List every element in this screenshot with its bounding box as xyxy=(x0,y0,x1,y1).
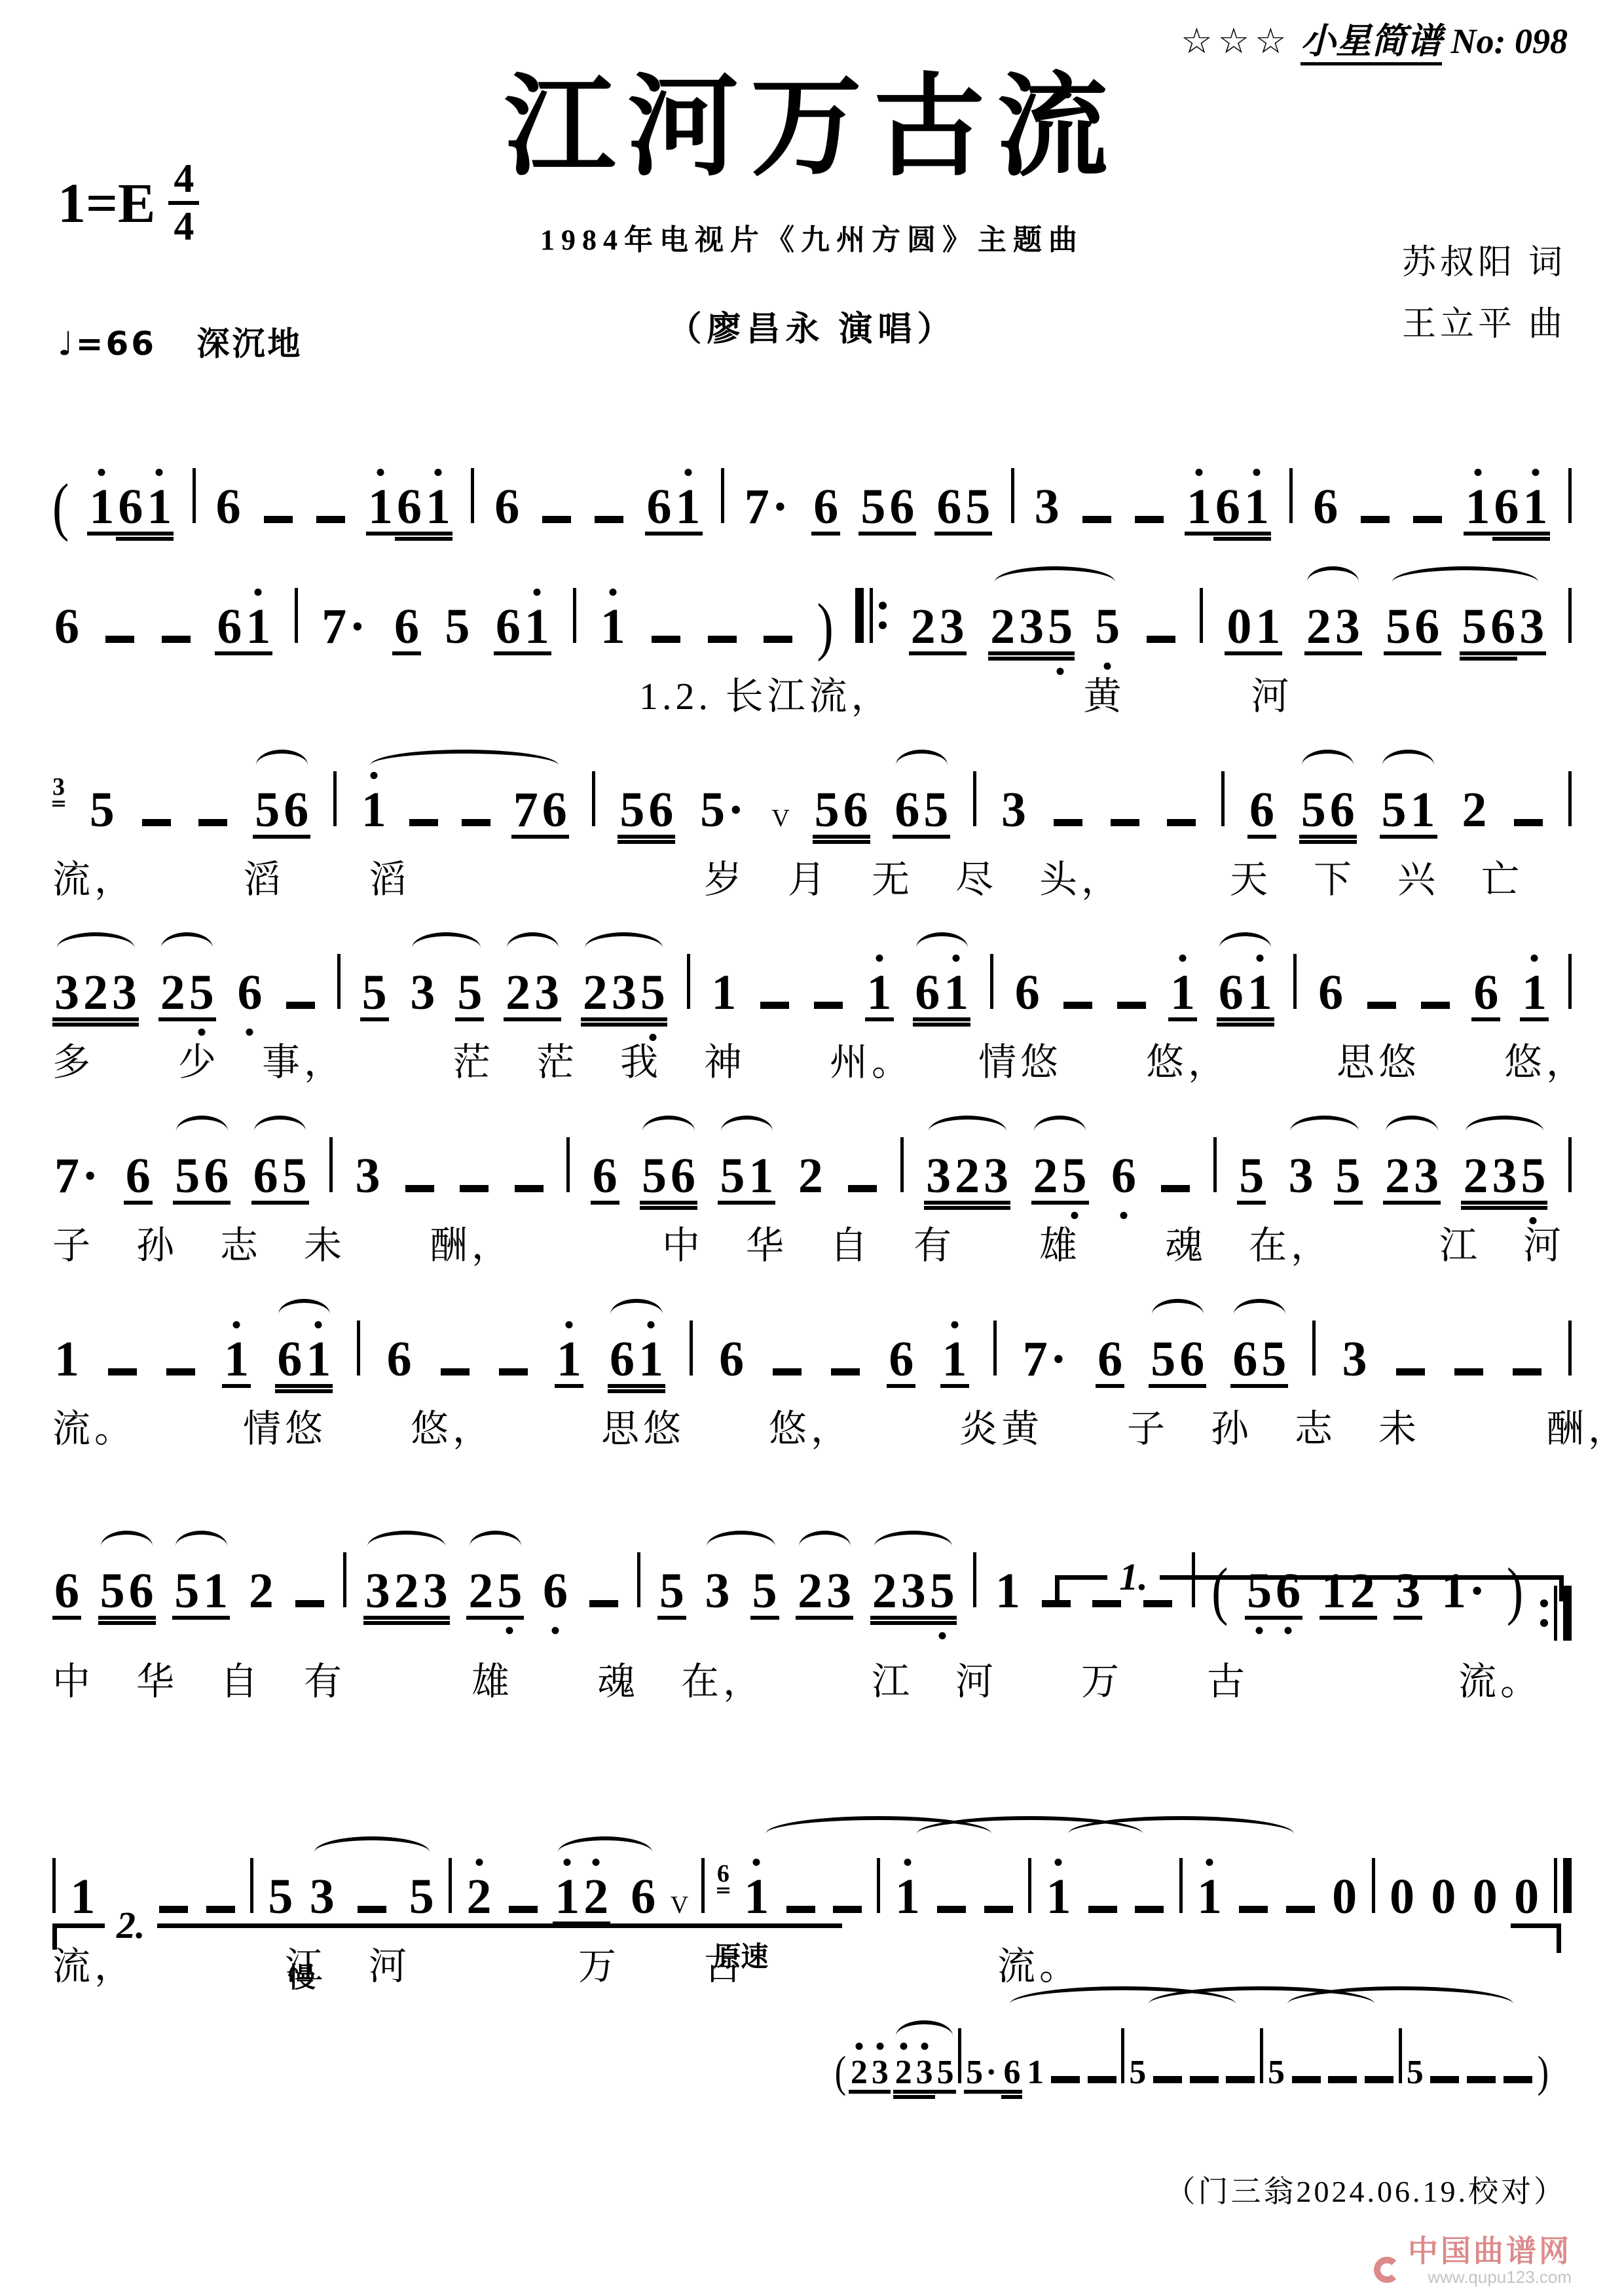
duration-dash xyxy=(1454,1368,1483,1376)
lyrics-row: 1.2. 长江流， 黄 河 xyxy=(52,675,1572,719)
note-group: 1 xyxy=(1520,968,1549,1021)
notation-row: 6617·65611)232355012356563 xyxy=(52,588,1572,655)
barline xyxy=(1312,1321,1316,1376)
series-no: No: 098 xyxy=(1451,22,1568,61)
note-group: 2 xyxy=(247,1566,276,1616)
barline xyxy=(471,468,474,523)
duration-dash xyxy=(589,1600,618,1607)
duration-dash xyxy=(1513,1368,1541,1376)
barline xyxy=(690,1321,693,1376)
slur-group: 35 xyxy=(308,1872,436,1922)
note-group: 161 xyxy=(1464,482,1550,536)
note-group: 5 xyxy=(1405,2056,1426,2090)
note-group: 1 xyxy=(1025,2056,1046,2090)
slur-group: 323 xyxy=(52,968,139,1021)
note-group: 5 xyxy=(407,1872,436,1922)
final-barline xyxy=(1554,1858,1572,1913)
key: 1=E xyxy=(58,170,155,236)
duration-dash xyxy=(786,1906,815,1913)
note-group: 61 xyxy=(494,602,551,655)
duration-dash xyxy=(595,516,623,523)
barline xyxy=(1568,1321,1572,1376)
sheet-music-page: ☆☆☆ 小星简谱 No: 098 江河万古流 1984年电视片《九州方圆》主题曲… xyxy=(0,0,1624,2296)
note-group: 1 xyxy=(893,1872,922,1922)
note-group: 5 xyxy=(1334,1151,1363,1205)
duration-dash xyxy=(1328,2076,1357,2083)
note-group: 6 xyxy=(1096,1334,1124,1388)
note-group: 1 xyxy=(993,1566,1022,1616)
barline xyxy=(1200,588,1203,643)
duration-dash xyxy=(1292,2076,1321,2083)
note-group: 6 xyxy=(541,1566,570,1616)
slur-group: 25 xyxy=(1031,1151,1089,1205)
series-name: 小星简谱 xyxy=(1301,22,1442,65)
note-group: 6 xyxy=(392,602,421,655)
note-group: 0 xyxy=(1429,1872,1458,1922)
duration-dash xyxy=(708,636,737,643)
song-subtitle: 1984年电视片《九州方圆》主题曲 xyxy=(52,216,1572,258)
slur-group: 56563 xyxy=(1384,602,1546,655)
barline xyxy=(329,1137,333,1192)
note-group: 56 xyxy=(173,1151,231,1205)
duration-dash xyxy=(1226,2076,1255,2083)
note-group: 5 xyxy=(1127,2056,1148,2090)
notation-row: 3556176565·V56653656512 xyxy=(52,771,1572,839)
duration-dash xyxy=(1117,1002,1146,1009)
note-group: 6 xyxy=(811,482,840,536)
note-group: 1 xyxy=(555,1334,583,1388)
note-group: 5 xyxy=(443,602,471,651)
slur-group: 61 xyxy=(275,1334,333,1388)
barline-tie xyxy=(1179,1858,1183,1913)
barline xyxy=(250,1858,253,1913)
slur-group: 35 xyxy=(1287,1151,1363,1205)
duration-dash xyxy=(108,1368,137,1376)
note-group: 1 xyxy=(52,1334,81,1384)
note-group: 235 xyxy=(1461,1151,1547,1205)
barline xyxy=(721,468,724,523)
duration-dash xyxy=(1088,2076,1116,2083)
note-group: 61 xyxy=(645,482,703,536)
note-group: 5·6 xyxy=(964,2056,1022,2094)
duration-dash xyxy=(1413,516,1442,523)
duration-dash xyxy=(105,636,134,643)
duration-dash xyxy=(1147,636,1175,643)
duration-dash xyxy=(358,1906,386,1913)
watermark-url: www.qupu123.com xyxy=(1428,2268,1572,2287)
score-line: 2.慢原速(232355·61555)15352126V6111100000流，… xyxy=(52,1858,1572,1989)
duration-dash xyxy=(1190,2076,1219,2083)
note-group: 0 xyxy=(1330,1872,1359,1922)
slur-group: 23 xyxy=(504,968,561,1021)
note-group: 56 xyxy=(1245,1566,1302,1620)
slur-group: 51 xyxy=(718,1151,775,1205)
note-group: 5 xyxy=(455,968,484,1021)
notation-row: 7·65665365651232325653523235 xyxy=(52,1137,1572,1205)
note-group: 6 xyxy=(1109,1151,1138,1201)
paren: ) xyxy=(1538,2050,1549,2095)
score-line: (16161616617·6566531616161 xyxy=(52,468,1572,536)
duration-dash xyxy=(1051,2076,1080,2083)
note-group: 61 xyxy=(215,602,272,655)
watermark: 中国曲谱网 www.qupu123.com xyxy=(1374,2235,1572,2287)
score-line: 116161616617·656653流。 情悠 悠， 思悠 悠， 炎黄 子 孙… xyxy=(52,1321,1572,1451)
slur-group: 61 xyxy=(608,1334,665,1388)
slur-group: 176 xyxy=(360,785,569,839)
duration-dash xyxy=(542,516,571,523)
note-group: 3 xyxy=(408,968,437,1017)
score-line: 3556176565·V56653656512流， 滔 滔 岁 月 无 尽 头，… xyxy=(52,771,1572,902)
note-group: 0 xyxy=(1388,1872,1416,1922)
note-group: 56 xyxy=(1299,785,1357,839)
duration-dash xyxy=(848,1185,877,1192)
note-group: 7· xyxy=(320,602,370,651)
note-group: 23 xyxy=(1383,1151,1441,1205)
lyrics-row: 中 华 自 有 雄 魂 在， 江 河 万 古 流。 xyxy=(52,1660,1572,1704)
note-group: 0 xyxy=(1512,1872,1541,1922)
notation-row: 15352126V6111100000 xyxy=(52,1858,1572,1925)
lyricist: 苏叔阳 词 xyxy=(1402,232,1566,294)
note-group: 56 xyxy=(813,785,870,839)
note-group: 6 xyxy=(214,482,243,532)
grace-note: 3 xyxy=(52,774,65,807)
note-group: 235 xyxy=(988,602,1075,655)
header: ☆☆☆ 小星简谱 No: 098 江河万古流 1984年电视片《九州方圆》主题曲… xyxy=(52,0,1572,432)
duration-dash xyxy=(286,1002,315,1009)
repeat-start xyxy=(855,588,887,643)
site-logo-icon xyxy=(1374,2257,1400,2283)
note-group: 56 xyxy=(640,1151,697,1205)
note-group: 6 xyxy=(1316,968,1345,1017)
duration-dash xyxy=(1396,1368,1425,1376)
duration-dash xyxy=(509,1906,538,1913)
duration-dash xyxy=(1167,819,1196,826)
barline xyxy=(1568,1137,1572,1192)
credits: 苏叔阳 词 王立平 曲 xyxy=(1402,232,1566,355)
duration-dash xyxy=(1430,2076,1459,2083)
slur-group: 65 xyxy=(893,785,950,839)
note-group: 3 xyxy=(308,1872,337,1922)
slur-group: 235 xyxy=(1461,1151,1547,1205)
duration-dash xyxy=(295,1600,324,1607)
note-group: 56 xyxy=(1384,602,1441,655)
barline xyxy=(193,468,196,523)
paren: ( xyxy=(835,2050,846,2095)
slur-group: 23 xyxy=(1383,1151,1441,1205)
note-group: 3 xyxy=(1393,1566,1422,1620)
duration-dash xyxy=(1361,516,1390,523)
note-group: 65 xyxy=(251,1151,309,1205)
slur-group: 25 xyxy=(158,968,216,1021)
barline xyxy=(990,954,993,1009)
note-group: 3 xyxy=(999,785,1028,835)
barline-tie xyxy=(1399,2028,1402,2083)
duration-dash xyxy=(198,819,227,826)
meter-numerator: 4 xyxy=(174,157,194,201)
note-group: 161 xyxy=(1185,482,1271,536)
barline xyxy=(337,954,341,1009)
barline xyxy=(900,1137,904,1192)
duration-dash xyxy=(460,1185,489,1192)
score-line: 6617·65611)232355012356563 1.2. 长江流， 黄 河 xyxy=(52,588,1572,719)
note-group: 1 xyxy=(599,602,627,651)
note-group: 2 xyxy=(1460,785,1488,835)
note-group: 7· xyxy=(743,482,793,532)
duration-dash xyxy=(1082,516,1111,523)
slur-group: 56 xyxy=(98,1566,156,1620)
breath-mark: V xyxy=(671,1893,688,1918)
slur-group: 126 xyxy=(553,1872,657,1925)
duration-dash xyxy=(1153,2076,1182,2083)
note-group: 6 xyxy=(52,602,81,651)
note-group: 1 xyxy=(1168,968,1197,1021)
note-group: 2 xyxy=(465,1872,494,1922)
barline xyxy=(357,1321,360,1376)
note-group: 3 xyxy=(353,1151,382,1201)
note-group: 6 xyxy=(717,1334,746,1384)
note-group: 56 xyxy=(253,785,310,839)
barline xyxy=(1289,468,1293,523)
volta-label: 2. xyxy=(105,1903,157,1947)
lyrics-row: 流。 情悠 悠， 思悠 悠， 炎黄 子 孙 志 未 酬， xyxy=(52,1408,1572,1451)
note-group: 2 xyxy=(796,1151,825,1201)
duration-dash xyxy=(652,636,680,643)
duration-dash xyxy=(405,1185,434,1192)
note-group: 6 xyxy=(1013,968,1042,1017)
barline xyxy=(1192,1552,1195,1607)
composer: 王立平 曲 xyxy=(1402,294,1566,355)
duration-dash xyxy=(1111,819,1139,826)
note-group: 61 xyxy=(913,968,970,1021)
duration-dash xyxy=(1514,819,1543,826)
note-group: 563 xyxy=(1460,602,1546,655)
slur-group: 23 xyxy=(1304,602,1362,655)
duration-dash xyxy=(1421,1002,1450,1009)
duration-dash xyxy=(1161,1185,1190,1192)
duration-dash xyxy=(764,636,792,643)
barline xyxy=(592,771,595,826)
barline xyxy=(687,954,690,1009)
watermark-site: 中国曲谱网 xyxy=(1408,2235,1572,2269)
note-group: 56 xyxy=(858,482,916,536)
note-group: 161 xyxy=(87,482,174,536)
note-group: 23 xyxy=(849,2056,891,2094)
barline xyxy=(973,771,976,826)
note-group: 6 xyxy=(492,482,521,532)
note-group: 51 xyxy=(1380,785,1437,839)
note-group: 3 xyxy=(703,1566,732,1616)
song-title: 江河万古流 xyxy=(52,72,1572,183)
slur-group: 2355 xyxy=(988,602,1122,655)
duration-dash xyxy=(264,516,293,523)
note-group: 1 xyxy=(742,1872,771,1922)
note-group: 76 xyxy=(511,785,569,839)
duration-dash xyxy=(1063,1002,1092,1009)
barline xyxy=(637,1552,640,1607)
paren: ( xyxy=(52,475,69,539)
note-group: 61 xyxy=(608,1334,665,1388)
note-group: 6 xyxy=(887,1334,915,1388)
notation-row: (16161616617·6566531616161 xyxy=(52,468,1572,536)
duration-dash xyxy=(760,1002,789,1009)
barline xyxy=(1293,954,1297,1009)
lyrics-row: 多 少 事， 茫 茫 我 神 州。 情悠 悠， 思悠 悠， 炎黄 xyxy=(52,1041,1572,1085)
barline xyxy=(1011,468,1014,523)
slur-group: 323 xyxy=(363,1566,450,1620)
note-group: 3 xyxy=(1033,482,1061,532)
note-group: 1 xyxy=(1044,1872,1073,1922)
duration-dash xyxy=(814,1002,843,1009)
note-group: 51 xyxy=(718,1151,775,1205)
slur-group: 35 xyxy=(408,968,484,1021)
slur-group: 56 xyxy=(253,785,310,839)
note-group: 5 xyxy=(1093,602,1122,651)
key-signature: 1=E 4 4 xyxy=(58,157,199,249)
duration-dash xyxy=(831,1368,860,1376)
slur-group: 235 xyxy=(870,1566,957,1620)
paren: ( xyxy=(1211,1559,1228,1624)
barline-tie xyxy=(1028,1858,1031,1913)
barline xyxy=(333,771,337,826)
note-group: 161 xyxy=(366,482,452,536)
slur-group: 51 xyxy=(1380,785,1437,839)
barline xyxy=(1568,468,1572,523)
note-group: 6 xyxy=(1247,785,1276,839)
note-group: 235 xyxy=(893,2056,956,2094)
duration-dash xyxy=(166,1368,195,1376)
note-group: 235 xyxy=(581,968,667,1021)
note-group: 0 xyxy=(1471,1872,1500,1922)
note-group: 61 xyxy=(1217,968,1274,1021)
tempo-marking: ♩=66 深沉地 xyxy=(58,318,303,365)
duration-dash xyxy=(1504,2076,1532,2083)
note-group: 5 xyxy=(750,1566,779,1620)
notation-row: 656512323256535232351(561231·) xyxy=(52,1552,1572,1641)
note-group: 23 xyxy=(909,602,967,655)
note-group: 6 xyxy=(629,1872,657,1922)
note-group: 5· xyxy=(698,785,748,835)
score-line: 3232565352323511616161661多 少 事， 茫 茫 我 神 … xyxy=(52,954,1572,1085)
slur-group: 56 xyxy=(640,1151,697,1205)
barline xyxy=(1568,954,1572,1009)
duration-dash xyxy=(162,636,191,643)
note-group: 65 xyxy=(1230,1334,1288,1388)
barline xyxy=(1568,588,1572,643)
barline xyxy=(52,1858,56,1913)
note-group: 6 xyxy=(235,968,264,1017)
note-group: 12 xyxy=(553,1872,610,1925)
stars-icon: ☆☆☆ xyxy=(1181,20,1291,62)
time-signature: 4 4 xyxy=(168,157,199,249)
duration-dash xyxy=(441,1368,470,1376)
note-group: 6 xyxy=(385,1334,414,1384)
note-group: 7· xyxy=(1021,1334,1071,1384)
duration-dash xyxy=(316,516,345,523)
slur-group: 65 xyxy=(1230,1334,1288,1388)
note-group: 23 xyxy=(504,968,561,1021)
note-group: 6 xyxy=(1471,968,1500,1021)
duration-dash xyxy=(1365,2076,1393,2083)
note-group: 7· xyxy=(52,1151,103,1201)
note-group: 65 xyxy=(934,482,992,536)
barline-tie xyxy=(1121,2028,1124,2083)
barline xyxy=(973,1552,976,1607)
barline xyxy=(343,1552,346,1607)
note-group: 56 xyxy=(618,785,675,839)
slur-group: 56 xyxy=(173,1151,231,1205)
slur-group: 61 xyxy=(913,968,970,1021)
barline xyxy=(1221,771,1225,826)
note-group: 323 xyxy=(924,1151,1010,1205)
note-group: 1 xyxy=(222,1334,251,1388)
score-line: 1.656512323256535232351(561231·)中 华 自 有 … xyxy=(52,1552,1572,1704)
slur-group: 35 xyxy=(703,1566,779,1620)
note-group: 23 xyxy=(1304,602,1362,655)
note-group: 5 xyxy=(657,1566,686,1620)
tempo-value: =66 xyxy=(76,325,157,363)
barline-tie xyxy=(877,1858,880,1913)
note-group: 1 xyxy=(709,968,738,1017)
slur-group: 56 xyxy=(1149,1334,1206,1388)
quarter-note-icon: ♩ xyxy=(58,325,76,363)
duration-dash xyxy=(142,819,171,826)
barline xyxy=(1372,1858,1375,1913)
note-group: 3 xyxy=(1287,1151,1316,1201)
note-group: 6 xyxy=(124,1151,153,1205)
barline xyxy=(958,2028,961,2083)
barline xyxy=(1213,1137,1217,1192)
duration-dash xyxy=(159,1906,188,1913)
duration-dash xyxy=(462,819,490,826)
note-group: 235 xyxy=(870,1566,957,1620)
note-group: 323 xyxy=(363,1566,450,1620)
notation-row: (232355·61555) xyxy=(835,2028,1549,2094)
slur-group: 56 xyxy=(1299,785,1357,839)
tempo-change-label: 慢 xyxy=(288,1956,316,1995)
note-group: 25 xyxy=(1031,1151,1089,1205)
note-group: 1 xyxy=(68,1872,97,1922)
notation-row: 116161616617·656653 xyxy=(52,1321,1572,1388)
slur-group: 65 xyxy=(251,1151,309,1205)
paren: ) xyxy=(817,594,833,659)
note-group: 25 xyxy=(466,1566,524,1620)
volta-label: 1. xyxy=(1107,1555,1160,1599)
grace-note: 6 xyxy=(717,1861,729,1893)
note-group: 61 xyxy=(275,1334,333,1388)
expression-text: 深沉地 xyxy=(197,325,303,363)
duration-dash xyxy=(206,1906,235,1913)
score-line: 7·65665365651232325653523235子 孙 志 未 酬， 中… xyxy=(52,1137,1572,1268)
note-group: 1 xyxy=(940,1334,969,1388)
note-group: 6 xyxy=(1311,482,1340,532)
note-group: 51 xyxy=(172,1566,230,1620)
duration-dash xyxy=(409,819,438,826)
duration-dash xyxy=(499,1368,528,1376)
note-group: 25 xyxy=(158,968,216,1021)
duration-dash xyxy=(1467,2076,1496,2083)
barline xyxy=(701,1858,705,1913)
proofread-credit: （门三翁2024.06.19.校对） xyxy=(1166,2168,1567,2211)
tempo-change-label: 原速 xyxy=(713,1935,768,1975)
duration-dash xyxy=(1054,819,1082,826)
note-group: 23 xyxy=(796,1566,853,1620)
note-group: 12 xyxy=(1319,1566,1377,1620)
barline xyxy=(566,1137,570,1192)
note-group: 5 xyxy=(1237,1151,1266,1205)
note-group: 1 xyxy=(360,785,388,835)
slur-group: 25 xyxy=(466,1566,524,1620)
meter-denominator: 4 xyxy=(168,201,199,249)
